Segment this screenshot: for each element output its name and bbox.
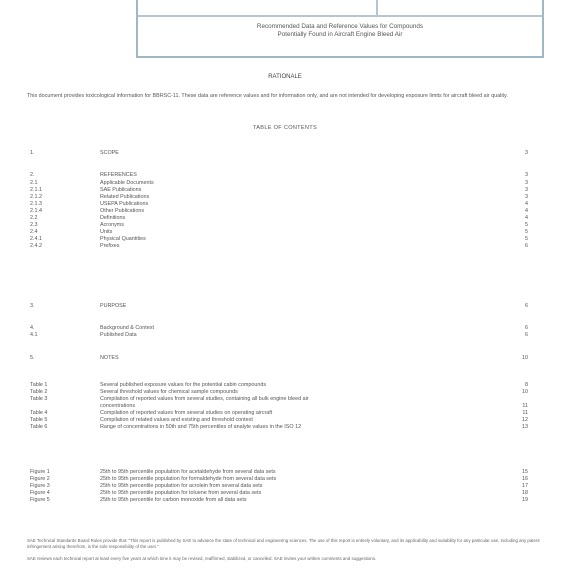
- rationale-heading: RATIONALE: [0, 74, 570, 80]
- toc-entry[interactable]: 4.1Published Data6: [30, 332, 528, 339]
- toc-entry-page: 10: [514, 389, 528, 396]
- toc-entry[interactable]: concentrations11: [30, 403, 528, 410]
- toc-entry-number: 3.: [30, 303, 90, 310]
- toc-entry-number: 2.: [30, 172, 90, 179]
- toc-entry[interactable]: Figure 425th to 95th percentile populati…: [30, 490, 528, 497]
- toc-entry-label[interactable]: Physical Quantities: [100, 236, 514, 243]
- toc-entry-page: 6: [514, 332, 528, 339]
- toc-entry-label[interactable]: Compilation of related values and existi…: [100, 417, 514, 424]
- toc-entry-label[interactable]: Published Data: [100, 332, 514, 339]
- toc-entry-label[interactable]: NOTES: [100, 355, 514, 362]
- toc-entry-label[interactable]: REFERENCES: [100, 172, 514, 179]
- toc-entry-label[interactable]: 25th to 95th percentile population for t…: [100, 490, 514, 497]
- toc-entry-page: 6: [514, 325, 528, 332]
- toc-title: TABLE OF CONTENTS: [0, 125, 570, 131]
- toc-entry-number: Figure 4: [30, 490, 90, 497]
- toc-entry-number: Figure 1: [30, 469, 90, 476]
- toc-entry-label[interactable]: SCOPE: [100, 150, 514, 157]
- toc-entry[interactable]: 2.4.2Prefixes6: [30, 243, 528, 250]
- toc-entry[interactable]: Table 1Several published exposure values…: [30, 382, 528, 389]
- document-header-box: Recommended Data and Reference Values fo…: [136, 0, 544, 58]
- toc-entry-number: 2.2: [30, 215, 90, 222]
- toc-entry-label[interactable]: Range of concentrations in 50th and 75th…: [100, 424, 514, 431]
- toc-entry-page: 4: [514, 208, 528, 215]
- toc-entry-number: 5.: [30, 355, 90, 362]
- toc-entry[interactable]: 3.PURPOSE6: [30, 303, 528, 310]
- toc-entry[interactable]: Table 3Compilation of reported values fr…: [30, 396, 528, 403]
- toc-entry-label[interactable]: Compilation of reported values from seve…: [100, 396, 514, 403]
- toc-entry[interactable]: 5.NOTES10: [30, 355, 528, 362]
- toc-entry-page: 5: [514, 236, 528, 243]
- toc-entry-label[interactable]: Units: [100, 229, 514, 236]
- toc-entry-number: 2.1.4: [30, 208, 90, 215]
- toc-entry-label[interactable]: Applicable Documents: [100, 180, 514, 187]
- toc-entry-label[interactable]: Several published exposure values for th…: [100, 382, 514, 389]
- toc-entry-number: Figure 5: [30, 497, 90, 504]
- toc-entry-label[interactable]: 25th to 95th percentile for carbon monox…: [100, 497, 514, 504]
- toc-entry-number: Table 4: [30, 410, 90, 417]
- toc-entry-page: 5: [514, 222, 528, 229]
- toc-entry-number: 2.1.1: [30, 187, 90, 194]
- header-column-divider: [376, 0, 378, 15]
- toc-entry-page: 13: [514, 424, 528, 431]
- toc-entry[interactable]: Table 2Several threshold values for chem…: [30, 389, 528, 396]
- toc-entry-number: 2.3: [30, 222, 90, 229]
- toc-entry[interactable]: Table 5Compilation of related values and…: [30, 417, 528, 424]
- toc-entry-label[interactable]: Acronyms: [100, 222, 514, 229]
- toc-entry-page: 8: [514, 382, 528, 389]
- toc-entry-number: Figure 3: [30, 483, 90, 490]
- document-title: Recommended Data and Reference Values fo…: [138, 23, 542, 39]
- toc-entry[interactable]: Table 4Compilation of reported values fr…: [30, 410, 528, 417]
- toc-entry[interactable]: 2.1Applicable Documents3: [30, 180, 528, 187]
- toc-entry[interactable]: 2.1.1SAE Publications3: [30, 187, 528, 194]
- toc-entry-number: 4.: [30, 325, 90, 332]
- toc-entry[interactable]: 2.2Definitions4: [30, 215, 528, 222]
- toc-entry-number: Table 6: [30, 424, 90, 431]
- toc-entry[interactable]: 2.4Units5: [30, 229, 528, 236]
- toc-entry-label[interactable]: concentrations: [100, 403, 514, 410]
- toc-entry[interactable]: 2.1.2Related Publications3: [30, 194, 528, 201]
- toc-entry-number: 2.4: [30, 229, 90, 236]
- toc-entry[interactable]: 1.SCOPE3: [30, 150, 528, 157]
- toc-entry-number: 2.4.2: [30, 243, 90, 250]
- toc-entry-label[interactable]: 25th to 95th percentile population for a…: [100, 483, 514, 490]
- toc-entry-label[interactable]: Definitions: [100, 215, 514, 222]
- toc-entry-page: 11: [514, 403, 528, 410]
- toc-entry[interactable]: 4.Background & Context6: [30, 325, 528, 332]
- toc-entry-page: 4: [514, 215, 528, 222]
- toc-entry[interactable]: Figure 325th to 95th percentile populati…: [30, 483, 528, 490]
- toc-entry-page: 10: [514, 355, 528, 362]
- toc-entry-page: 17: [514, 483, 528, 490]
- toc-entry[interactable]: 2.1.4Other Publications4: [30, 208, 528, 215]
- toc-entry-number: 2.1.2: [30, 194, 90, 201]
- footer-note-1: SAE Technical Standards Board Rules prov…: [27, 538, 543, 549]
- toc-entry[interactable]: Table 6Range of concentrations in 50th a…: [30, 424, 528, 431]
- toc-entry-page: 5: [514, 229, 528, 236]
- toc-entry-page: 15: [514, 469, 528, 476]
- toc-entry-label[interactable]: PURPOSE: [100, 303, 514, 310]
- toc-entry[interactable]: Figure 525th to 95th percentile for carb…: [30, 497, 528, 504]
- toc-entry-label[interactable]: SAE Publications: [100, 187, 514, 194]
- toc-entry-label[interactable]: Prefixes: [100, 243, 514, 250]
- toc-entry-page: 3: [514, 180, 528, 187]
- toc-entry-number: 4.1: [30, 332, 90, 339]
- toc-entry-number: 1.: [30, 150, 90, 157]
- toc-entry-label[interactable]: 25th to 95th percentile population for f…: [100, 476, 514, 483]
- toc-entry-page: 6: [514, 303, 528, 310]
- toc-entry-page: 16: [514, 476, 528, 483]
- document-title-line-2: Potentially Found in Aircraft Engine Ble…: [138, 31, 542, 39]
- toc-entry-page: 3: [514, 150, 528, 157]
- toc-entry-number: Table 5: [30, 417, 90, 424]
- toc-entry-number: Table 1: [30, 382, 90, 389]
- toc-entry[interactable]: 2.3Acronyms5: [30, 222, 528, 229]
- toc-entry-page: 11: [514, 410, 528, 417]
- toc-entry-page: 3: [514, 187, 528, 194]
- footer-note-2: SAE reviews each technical report at lea…: [27, 556, 543, 562]
- toc-entry-number: Table 3: [30, 396, 90, 403]
- toc-entry-page: 3: [514, 172, 528, 179]
- toc-entry-page: 19: [514, 497, 528, 504]
- toc-entry-label[interactable]: Related Publications: [100, 194, 514, 201]
- toc-entry-label[interactable]: USEPA Publications: [100, 201, 514, 208]
- toc-entry-page: 18: [514, 490, 528, 497]
- toc-entry-page: 12: [514, 417, 528, 424]
- toc-entry-page: 6: [514, 243, 528, 250]
- rationale-text: This document provides toxicological inf…: [27, 93, 539, 100]
- toc-entry-number: Figure 2: [30, 476, 90, 483]
- toc-entry[interactable]: 2.1.3USEPA Publications4: [30, 201, 528, 208]
- header-top-row: [138, 0, 542, 17]
- toc-entry[interactable]: Figure 225th to 95th percentile populati…: [30, 476, 528, 483]
- toc-entry-label[interactable]: 25th to 95th percentile population for a…: [100, 469, 514, 476]
- toc-entry[interactable]: 2.4.1Physical Quantities5: [30, 236, 528, 243]
- toc-entry-label[interactable]: Compilation of reported values from seve…: [100, 410, 514, 417]
- toc-entry-label[interactable]: Background & Context: [100, 325, 514, 332]
- toc-entry-number: 2.1.3: [30, 201, 90, 208]
- toc-entry-number: Table 2: [30, 389, 90, 396]
- toc-entry-number: 2.1: [30, 180, 90, 187]
- document-title-line-1: Recommended Data and Reference Values fo…: [138, 23, 542, 31]
- toc-entry-label[interactable]: Other Publications: [100, 208, 514, 215]
- toc-entry[interactable]: Figure 125th to 95th percentile populati…: [30, 469, 528, 476]
- toc-entry-page: 3: [514, 194, 528, 201]
- toc-entry-number: 2.4.1: [30, 236, 90, 243]
- toc-entry-label[interactable]: Several threshold values for chemical sa…: [100, 389, 514, 396]
- toc-entry[interactable]: 2.REFERENCES3: [30, 172, 528, 179]
- toc-entry-page: 4: [514, 201, 528, 208]
